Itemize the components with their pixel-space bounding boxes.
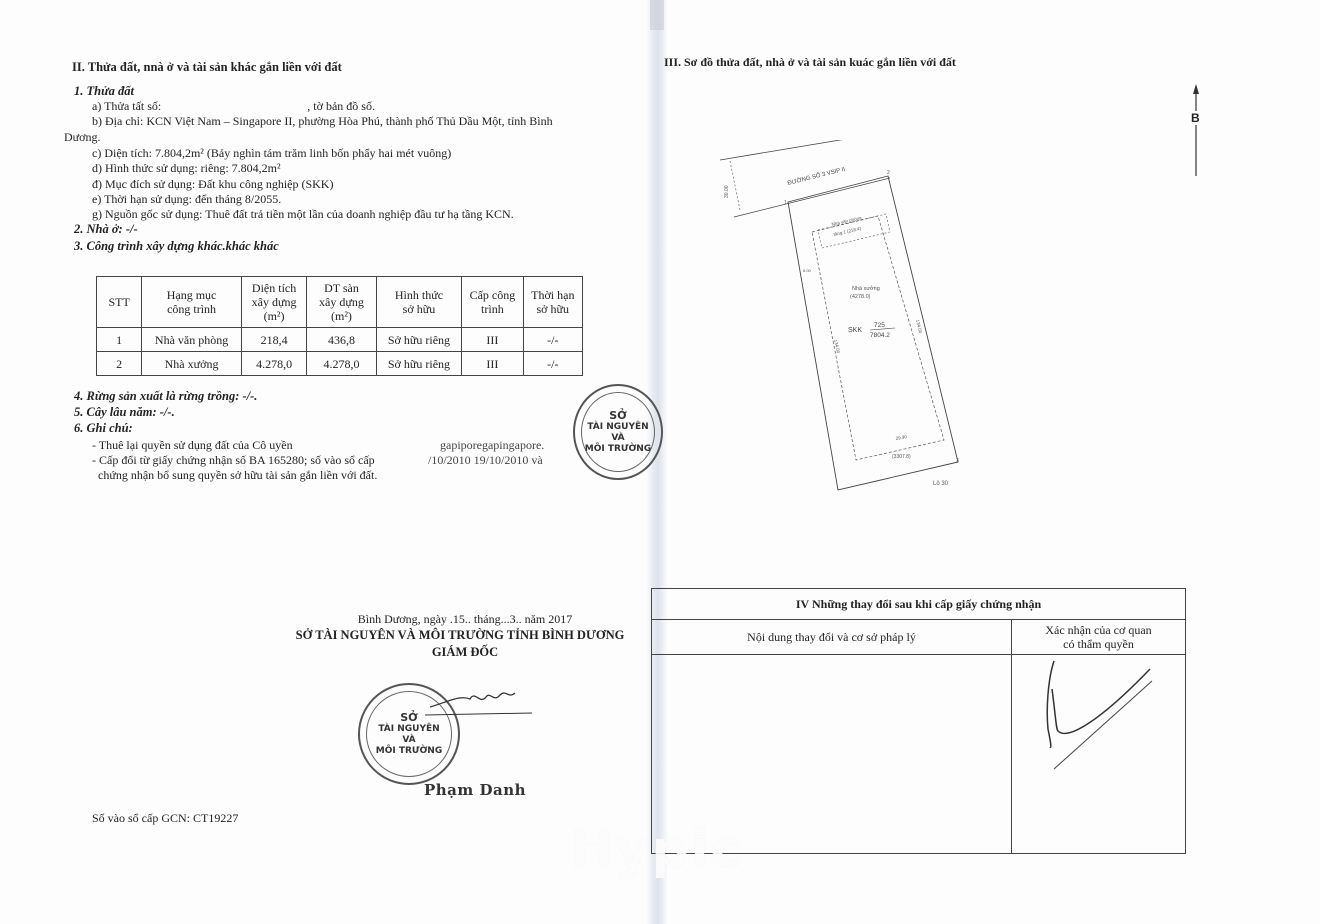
changes-col-confirm: Xác nhận của cơ quan có thẩm quyền — [1012, 620, 1186, 655]
land-parcel-label: a) Thửa tất số: — [92, 99, 161, 113]
table-row: 1Nhà văn phòng218,4436,8Sở hữu riêngIII-… — [97, 328, 583, 352]
table-cell: III — [462, 328, 523, 352]
seal-text-2: TÀI NGUYÊN — [587, 422, 648, 433]
parcel-area: 7804.2 — [870, 332, 890, 339]
table-cell: 4.278,0 — [241, 352, 306, 376]
seal-text-2: TÀI NGUYÊN — [378, 724, 439, 735]
bottom-dim: 29.90 — [895, 434, 907, 441]
note-1-tail: gapiporegapingapore. — [440, 438, 544, 454]
section-ii-title: II. Thửa đất, nnà ở và tài sản khác gắn … — [72, 60, 342, 75]
table-cell: 1 — [97, 328, 142, 352]
office-area: tầng 1 (218.4) — [833, 226, 862, 237]
parcel-code: SKK — [848, 327, 862, 334]
land-parcel-number: a) Thửa tất số: , tờ bản đồ số. — [92, 99, 375, 115]
road-label: ĐƯỜNG SỐ 3 VSIP II — [787, 166, 846, 187]
land-address: b) Địa chỉ: KCN Việt Nam – Singapore II,… — [92, 114, 642, 130]
confirmation-signature — [1042, 659, 1172, 779]
col-stt: STT — [97, 277, 142, 328]
note-2: - Cấp đổi từ giấy chứng nhận số BA 16528… — [92, 453, 375, 469]
forest-heading: 4. Rừng sản xuất là rừng trồng: -/-. — [74, 389, 257, 404]
side-right-dim: 134.00 — [915, 319, 923, 334]
office-label: Nhà văn phòng — [831, 215, 862, 227]
col-grade: Cấp côngtrình — [462, 277, 523, 328]
bottom-area: (3307.8) — [892, 454, 911, 460]
north-arrow-icon — [1185, 82, 1209, 178]
table-cell: 218,4 — [241, 328, 306, 352]
land-purpose: đ) Mục đích sử dụng: Đất khu công nghiệp… — [92, 177, 333, 193]
issuing-authority: SỞ TÀI NGUYÊN VÀ MÔI TRƯỜNG TỈNH BÌNH DƯ… — [270, 628, 650, 643]
table-cell: Nhà văn phòng — [142, 328, 242, 352]
land-origin: g) Nguồn gốc sử dụng: Thuê đất trả tiền … — [92, 207, 514, 223]
parcel-diagram: 30.00 ĐƯỜNG SỐ 3 VSIP II Nhà văn phòng t… — [700, 140, 980, 500]
road-width: 30.00 — [724, 185, 730, 198]
page-fold-shadow — [650, 0, 664, 30]
note-2-tail: /10/2010 19/10/2010 và — [428, 453, 543, 469]
table-cell: 4.278,0 — [307, 352, 376, 376]
table-cell: 2 — [97, 352, 142, 376]
table-cell: 436,8 — [307, 328, 376, 352]
neighbor-label: Lô 30 — [933, 481, 949, 487]
other-construction-heading: 3. Công trình xây dựng khác.khác khác — [74, 239, 279, 254]
section-iii-title: III. Sơ đồ thửa đất, nhà ở và tài sản ku… — [664, 55, 956, 70]
col-floor-area: DT sànxây dựng(m²) — [307, 277, 376, 328]
confirm-line-2: có thẩm quyền — [1063, 637, 1134, 651]
signer-name: Phạm Danh — [424, 781, 526, 799]
point-3: 3 — [956, 458, 959, 464]
confirm-line-1: Xác nhận của cơ quan — [1045, 623, 1151, 637]
note-1: - Thuê lại quyền sử dụng đất của Cô uyền — [92, 438, 293, 454]
col-ownership: Hình thứcsở hữu — [376, 277, 462, 328]
seal-text-4: MÔI TRƯỜNG — [585, 444, 651, 455]
factory-label: Nhà xưởng — [852, 285, 880, 292]
perennial-heading: 5. Cây lâu năm: -/-. — [74, 405, 175, 420]
official-seal-small: SỞ TÀI NGUYÊN VÀ MÔI TRƯỜNG — [573, 384, 663, 480]
registry-number: Số vào sổ cấp GCN: CT19227 — [92, 811, 238, 827]
note-3: chứng nhận bổ sung quyền sở hữu tài sản … — [98, 468, 377, 484]
table-cell: -/- — [523, 328, 582, 352]
changes-title: IV Những thay đổi sau khi cấp giấy chứng… — [652, 589, 1186, 620]
changes-confirm-cell — [1012, 655, 1186, 854]
seal-text-3: VÀ — [611, 433, 624, 444]
house-heading: 2. Nhà ở: -/- — [74, 222, 138, 237]
point-1: 1 — [784, 200, 787, 206]
changes-title-row: IV Những thay đổi sau khi cấp giấy chứng… — [652, 589, 1186, 620]
north-label: B — [1191, 111, 1200, 125]
seal-text-1: SỞ — [400, 712, 418, 724]
watermark: Hypic — [570, 820, 743, 880]
land-term: e) Thời hạn sử dụng: đến tháng 8/2055. — [92, 192, 281, 208]
director-signature — [420, 685, 550, 725]
col-term: Thời hạnsở hữu — [523, 277, 582, 328]
table-cell: Nhà xưởng — [142, 352, 242, 376]
land-heading: 1. Thửa đất — [74, 84, 134, 99]
signer-position: GIÁM ĐỐC — [280, 645, 650, 660]
construction-table: STT Hạng mụccông trình Diện tíchxây dựng… — [96, 276, 583, 376]
table-cell: III — [462, 352, 523, 376]
table-cell: -/- — [523, 352, 582, 376]
changes-header-row: Nội dung thay đổi và cơ sở pháp lý Xác n… — [652, 620, 1186, 655]
changes-table: IV Những thay đổi sau khi cấp giấy chứng… — [651, 588, 1186, 854]
col-build-area: Diện tíchxây dựng(m²) — [241, 277, 306, 328]
seal-text-4: MÔI TRƯỜNG — [376, 746, 442, 757]
table-cell: Sở hữu riêng — [376, 328, 462, 352]
issue-date: Bình Dương, ngày .15.. tháng...3.. năm 2… — [280, 612, 650, 628]
notes-heading: 6. Ghi chú: — [74, 421, 133, 436]
table-header-row: STT Hạng mụccông trình Diện tíchxây dựng… — [97, 277, 583, 328]
seal-text-3: VÀ — [402, 735, 415, 746]
map-sheet-label: , tờ bản đồ số. — [307, 99, 375, 113]
table-row: 2Nhà xưởng4.278,04.278,0Sở hữu riêngIII-… — [97, 352, 583, 376]
parcel-number: 725 — [874, 322, 885, 329]
point-2: 2 — [887, 170, 890, 176]
col-item: Hạng mụccông trình — [142, 277, 242, 328]
setback-dim: 6.00 — [803, 268, 812, 273]
table-cell: Sở hữu riêng — [376, 352, 462, 376]
land-address-cont: Dương. — [64, 130, 101, 146]
seal-text-1: SỞ — [609, 410, 627, 422]
land-usage-form: d) Hình thức sử dụng: riêng: 7.804,2m² — [92, 161, 281, 177]
changes-col-content: Nội dung thay đổi và cơ sở pháp lý — [652, 620, 1012, 655]
land-area: c) Diện tích: 7.804,2m² (Bảy nghìn tám t… — [92, 146, 451, 162]
factory-area: (4278.0) — [850, 294, 871, 300]
